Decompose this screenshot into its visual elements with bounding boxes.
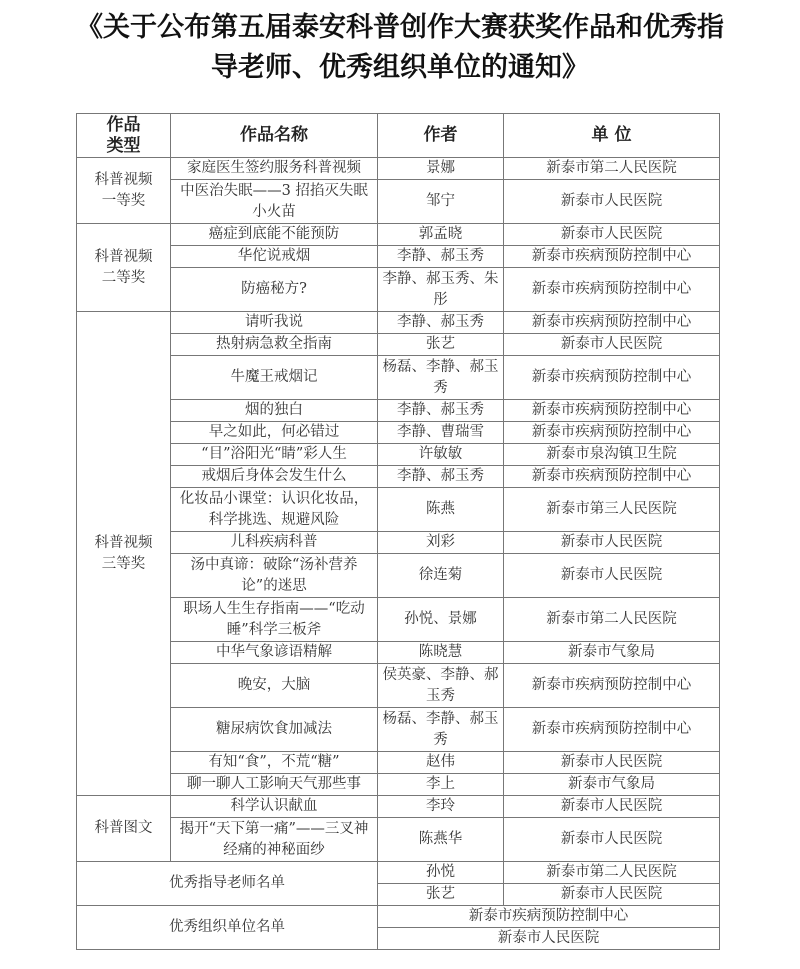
unit: 新泰市第二人民医院: [504, 598, 720, 642]
author: 李静、郝玉秀、朱彤: [378, 268, 504, 312]
table-row: 戒烟后身体会发生什么 李静、郝玉秀 新泰市疾病预防控制中心: [77, 466, 720, 488]
work-name: 戒烟后身体会发生什么: [171, 466, 378, 488]
work-name: 晚安，大脑: [171, 664, 378, 708]
table-row: 中华气象谚语精解 陈晓慧 新泰市气象局: [77, 642, 720, 664]
author: 孙悦、景娜: [378, 598, 504, 642]
unit: 新泰市人民医院: [504, 224, 720, 246]
author: 李玲: [378, 796, 504, 818]
teachers-label: 优秀指导老师名单: [77, 862, 378, 906]
unit: 新泰市气象局: [504, 774, 720, 796]
author: 杨磊、李静、郝玉秀: [378, 708, 504, 752]
author: 李静、郝玉秀: [378, 246, 504, 268]
table-row: 科普视频 一等奖 家庭医生签约服务科普视频 景娜 新泰市第二人民医院: [77, 158, 720, 180]
author: 杨磊、李静、郝玉秀: [378, 356, 504, 400]
category-line1: 科普视频: [81, 533, 166, 554]
author: 陈晓慧: [378, 642, 504, 664]
table-row: 科普视频 二等奖 癌症到底能不能预防 郭孟晓 新泰市人民医院: [77, 224, 720, 246]
unit: 新泰市人民医院: [504, 554, 720, 598]
work-name: 中医治失眠——3 招掐灭失眠小火苗: [171, 180, 378, 224]
author: 李上: [378, 774, 504, 796]
author: 景娜: [378, 158, 504, 180]
teacher-unit: 新泰市第二人民医院: [504, 862, 720, 884]
work-name: 癌症到底能不能预防: [171, 224, 378, 246]
author: 李静、曹瑞雪: [378, 422, 504, 444]
unit: 新泰市疾病预防控制中心: [504, 422, 720, 444]
organization-unit: 新泰市疾病预防控制中心: [378, 906, 720, 928]
unit: 新泰市人民医院: [504, 532, 720, 554]
organization-unit: 新泰市人民医院: [378, 928, 720, 950]
work-name: 热射病急救全指南: [171, 334, 378, 356]
work-name: 职场人生生存指南——“吃动睡”科学三板斧: [171, 598, 378, 642]
work-name: 科学认识献血: [171, 796, 378, 818]
organizations-row: 优秀组织单位名单 新泰市疾病预防控制中心: [77, 906, 720, 928]
header-category-line2: 类型: [81, 136, 166, 157]
category-line1: 科普视频: [81, 170, 166, 191]
table-row: 科普视频 三等奖 请听我说 李静、郝玉秀 新泰市疾病预防控制中心: [77, 312, 720, 334]
table-row: 晚安，大脑 侯英豪、李静、郝玉秀 新泰市疾病预防控制中心: [77, 664, 720, 708]
work-name: “目”浴阳光“睛”彩人生: [171, 444, 378, 466]
work-name: 中华气象谚语精解: [171, 642, 378, 664]
unit: 新泰市疾病预防控制中心: [504, 664, 720, 708]
category-line2: 一等奖: [81, 191, 166, 212]
document-title: 《关于公布第五届泰安科普创作大赛获奖作品和优秀指 导老师、优秀组织单位的通知》: [0, 8, 800, 88]
unit: 新泰市第三人民医院: [504, 488, 720, 532]
category-cell: 科普图文: [77, 796, 171, 862]
header-unit: 单 位: [504, 114, 720, 158]
teacher-name: 孙悦: [378, 862, 504, 884]
teacher-name: 张艺: [378, 884, 504, 906]
author: 陈燕华: [378, 818, 504, 862]
table-row: 牛魔王戒烟记 杨磊、李静、郝玉秀 新泰市疾病预防控制中心: [77, 356, 720, 400]
category-line1: 科普视频: [81, 247, 166, 268]
title-line-1: 《关于公布第五届泰安科普创作大赛获奖作品和优秀指: [0, 8, 800, 48]
unit: 新泰市疾病预防控制中心: [504, 356, 720, 400]
table-row: “目”浴阳光“睛”彩人生 许敏敏 新泰市泉沟镇卫生院: [77, 444, 720, 466]
author: 刘彩: [378, 532, 504, 554]
work-name: 汤中真谛：破除“汤补营养论”的迷思: [171, 554, 378, 598]
teachers-row: 优秀指导老师名单 孙悦 新泰市第二人民医院: [77, 862, 720, 884]
table-row: 有知“食”，不荒“糖” 赵伟 新泰市人民医院: [77, 752, 720, 774]
table-row: 聊一聊人工影响天气那些事 李上 新泰市气象局: [77, 774, 720, 796]
work-name: 烟的独白: [171, 400, 378, 422]
table-row: 科普图文 科学认识献血 李玲 新泰市人民医院: [77, 796, 720, 818]
awards-table: 作品 类型 作品名称 作者 单 位 科普视频 一等奖 家庭医生签约服务科普视频 …: [76, 113, 720, 950]
work-name: 揭开“天下第一痛”——三叉神经痛的神秘面纱: [171, 818, 378, 862]
table-row: 早之如此，何必错过 李静、曹瑞雪 新泰市疾病预防控制中心: [77, 422, 720, 444]
unit: 新泰市疾病预防控制中心: [504, 312, 720, 334]
work-name: 家庭医生签约服务科普视频: [171, 158, 378, 180]
author: 许敏敏: [378, 444, 504, 466]
organizations-label: 优秀组织单位名单: [77, 906, 378, 950]
unit: 新泰市疾病预防控制中心: [504, 708, 720, 752]
author: 陈燕: [378, 488, 504, 532]
category-line1: 科普图文: [81, 818, 166, 839]
unit: 新泰市人民医院: [504, 752, 720, 774]
work-name: 牛魔王戒烟记: [171, 356, 378, 400]
author: 李静、郝玉秀: [378, 400, 504, 422]
work-name: 有知“食”，不荒“糖”: [171, 752, 378, 774]
author: 邹宁: [378, 180, 504, 224]
work-name: 糖尿病饮食加减法: [171, 708, 378, 752]
unit: 新泰市疾病预防控制中心: [504, 246, 720, 268]
work-name: 早之如此，何必错过: [171, 422, 378, 444]
author: 李静、郝玉秀: [378, 312, 504, 334]
work-name: 聊一聊人工影响天气那些事: [171, 774, 378, 796]
table-row: 汤中真谛：破除“汤补营养论”的迷思 徐连菊 新泰市人民医院: [77, 554, 720, 598]
table-row: 防癌秘方? 李静、郝玉秀、朱彤 新泰市疾病预防控制中心: [77, 268, 720, 312]
unit: 新泰市人民医院: [504, 334, 720, 356]
unit: 新泰市疾病预防控制中心: [504, 268, 720, 312]
table-row: 华佗说戒烟 李静、郝玉秀 新泰市疾病预防控制中心: [77, 246, 720, 268]
header-author: 作者: [378, 114, 504, 158]
header-category-line1: 作品: [81, 115, 166, 136]
table-row: 中医治失眠——3 招掐灭失眠小火苗 邹宁 新泰市人民医院: [77, 180, 720, 224]
table-row: 化妆品小课堂：认识化妆品，科学挑选、规避风险 陈燕 新泰市第三人民医院: [77, 488, 720, 532]
category-line2: 三等奖: [81, 554, 166, 575]
table-row: 热射病急救全指南 张艺 新泰市人民医院: [77, 334, 720, 356]
table-row: 烟的独白 李静、郝玉秀 新泰市疾病预防控制中心: [77, 400, 720, 422]
category-cell: 科普视频 三等奖: [77, 312, 171, 796]
unit: 新泰市疾病预防控制中心: [504, 400, 720, 422]
author: 张艺: [378, 334, 504, 356]
work-name: 请听我说: [171, 312, 378, 334]
unit: 新泰市气象局: [504, 642, 720, 664]
teacher-unit: 新泰市人民医院: [504, 884, 720, 906]
unit: 新泰市疾病预防控制中心: [504, 466, 720, 488]
unit: 新泰市泉沟镇卫生院: [504, 444, 720, 466]
unit: 新泰市人民医院: [504, 818, 720, 862]
category-line2: 二等奖: [81, 268, 166, 289]
work-name: 防癌秘方?: [171, 268, 378, 312]
category-cell: 科普视频 一等奖: [77, 158, 171, 224]
author: 李静、郝玉秀: [378, 466, 504, 488]
author: 徐连菊: [378, 554, 504, 598]
author: 侯英豪、李静、郝玉秀: [378, 664, 504, 708]
work-name: 化妆品小课堂：认识化妆品，科学挑选、规避风险: [171, 488, 378, 532]
author: 赵伟: [378, 752, 504, 774]
category-cell: 科普视频 二等奖: [77, 224, 171, 312]
table-row: 糖尿病饮食加减法 杨磊、李静、郝玉秀 新泰市疾病预防控制中心: [77, 708, 720, 752]
table-header-row: 作品 类型 作品名称 作者 单 位: [77, 114, 720, 158]
author: 郭孟晓: [378, 224, 504, 246]
table-row: 职场人生生存指南——“吃动睡”科学三板斧 孙悦、景娜 新泰市第二人民医院: [77, 598, 720, 642]
work-name: 华佗说戒烟: [171, 246, 378, 268]
header-category: 作品 类型: [77, 114, 171, 158]
table-row: 揭开“天下第一痛”——三叉神经痛的神秘面纱 陈燕华 新泰市人民医院: [77, 818, 720, 862]
unit: 新泰市第二人民医院: [504, 158, 720, 180]
work-name: 儿科疾病科普: [171, 532, 378, 554]
title-line-2: 导老师、优秀组织单位的通知》: [0, 48, 800, 88]
unit: 新泰市人民医院: [504, 796, 720, 818]
table-row: 儿科疾病科普 刘彩 新泰市人民医院: [77, 532, 720, 554]
header-work-name: 作品名称: [171, 114, 378, 158]
unit: 新泰市人民医院: [504, 180, 720, 224]
